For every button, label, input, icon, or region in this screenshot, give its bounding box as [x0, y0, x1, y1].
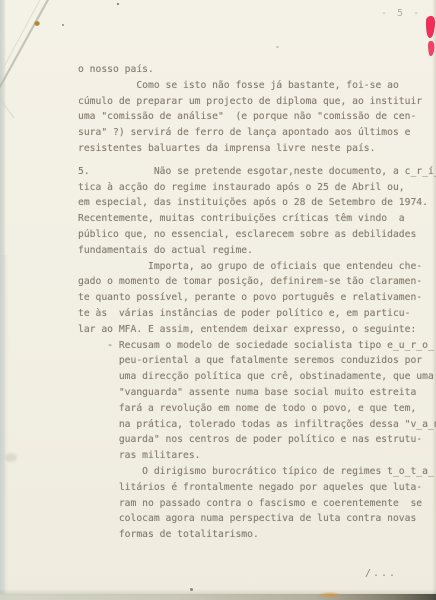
text-line: o nosso país.	[78, 62, 436, 78]
scan-bottom-edge	[0, 594, 436, 600]
text-line: litários é frontalmente negado por aquel…	[78, 480, 436, 496]
text-line: em especial, das instituições após o 28 …	[78, 195, 436, 211]
text-line: O dirigismo burocrático típico de regime…	[78, 464, 436, 480]
text-line: 5. Não se pretende esgotar,neste documen…	[78, 164, 436, 180]
stain-dot	[34, 21, 40, 26]
text-line: lar ao MFA. E assim, entendem deixar exp…	[78, 322, 436, 338]
continuation-mark: /...	[365, 568, 397, 579]
speck	[62, 24, 64, 26]
smudge-mark	[5, 453, 17, 462]
text-line: uma "comissão de análise" (e porque não …	[78, 109, 436, 125]
text-line: te às várias instâncias de poder polític…	[78, 306, 436, 322]
red-marker-stroke	[422, 14, 436, 64]
text-line: sura" ?) servirá de ferro de lança apont…	[78, 125, 436, 141]
text-line: Importa, ao grupo de oficiais que entend…	[78, 259, 436, 275]
speck	[117, 3, 119, 5]
text-line: fará a revolução em nome de todo o povo,…	[78, 401, 436, 417]
text-line: peu-oriental a que fatalmente seremos co…	[78, 353, 436, 369]
text-line: ram no passado contra o fascismo e coere…	[78, 496, 436, 512]
text-line: uma direcção política que crê, obstinada…	[78, 369, 436, 385]
speck	[276, 46, 279, 48]
text-line: tica à acção do regime instaurado após o…	[78, 180, 436, 196]
fold-crease	[0, 0, 70, 120]
text-line: formas de totalitarismo.	[78, 527, 436, 543]
text-line: cúmulo de preparar um projecto de diplom…	[78, 94, 436, 110]
document-body: o nosso país. Como se isto não fosse já …	[78, 62, 436, 543]
text-line: público que, no essencial, esclarecem so…	[78, 227, 436, 243]
bottom-stain	[318, 592, 342, 598]
text-line: gado o momento de tomar posição, definir…	[78, 274, 436, 290]
text-line: te quanto possível, perante o povo portu…	[78, 290, 436, 306]
text-line: ras militares.	[78, 448, 436, 464]
text-line: guarda" nos centros de poder político e …	[78, 432, 436, 448]
text-line: "vanguarda" assente numa base social mui…	[78, 385, 436, 401]
text-line: - Recusam o modelo de sociedade socialis…	[78, 338, 436, 354]
text-line: resistentes baluartes da imprensa livre …	[78, 141, 436, 157]
scan-left-edge-lower	[0, 255, 9, 600]
text-line: na prática, tolerado todas as infiltraçõ…	[78, 417, 436, 433]
text-line: Como se isto não fosse já bastante, foi-…	[78, 78, 436, 94]
text-line: fundamentais do actual regime.	[78, 243, 436, 259]
text-line: Recentemente, muitas contribuições críti…	[78, 211, 436, 227]
page-number: - 5 -	[381, 8, 421, 19]
text-line: colocam agora numa perspectiva de luta c…	[78, 511, 436, 527]
scanned-document-page: - 5 - o nosso país. Como se isto não fos…	[0, 0, 436, 600]
